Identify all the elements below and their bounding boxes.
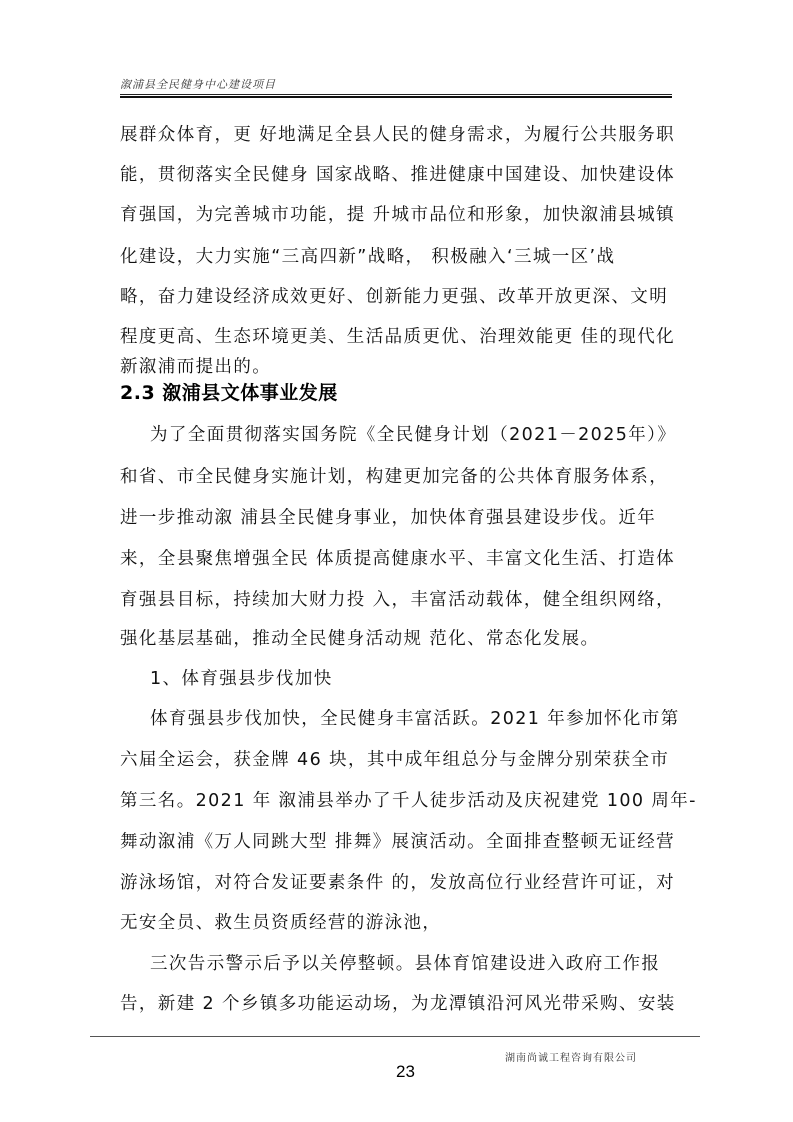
text-line: 游泳场馆，对符合发证要素条件 的，发放高位行业经营许可证，对	[120, 872, 675, 894]
text-line: 和省、市全民健身实施计划，构建更加完备的公共体育服务体系，	[120, 466, 675, 488]
text-line: 告，新建 2 个乡镇多功能运动场，为龙潭镇沿河风光带采购、安装	[120, 993, 675, 1015]
text-line: 化建设，大力实施“三高四新”战略， 积极融入‘三城一区’战	[120, 246, 675, 268]
header-rule	[120, 94, 672, 98]
text-line: 舞动溆浦《万人同跳大型 排舞》展演活动。全面排查整顿无证经营	[120, 831, 675, 853]
footer-rule	[90, 1036, 700, 1037]
text-line: 来，全县聚焦增强全民 体质提高健康水平、丰富文化生活、打造体	[120, 548, 675, 570]
text-line: 新溆浦而提出的。	[120, 356, 675, 378]
text-line: 育强国，为完善城市功能，提 升城市品位和形象，加快溆浦县城镇	[120, 204, 675, 226]
text-line: 进一步推动溆 浦县全民健身事业，加快体育强县建设步伐。近年	[120, 507, 675, 529]
section-heading: 2.3 溆浦县文体事业发展	[120, 378, 338, 405]
text-line: 略，奋力建设经济成效更好、创新能力更强、改革开放更深、文明	[120, 286, 675, 308]
text-line: 体育强县步伐加快，全民健身丰富活跃。2021 年参加怀化市第	[150, 708, 705, 730]
page-number: 23	[396, 1062, 415, 1082]
text-line: 育强县目标，持续加大财力投 入，丰富活动载体，健全组织网络，	[120, 589, 675, 611]
footer-company: 湖南尚诚工程咨询有限公司	[505, 1049, 637, 1064]
running-header-title: 溆浦县全民健身中心建设项目	[120, 76, 276, 92]
subheading: 1、体育强县步伐加快	[150, 668, 705, 690]
text-line: 强化基层基础，推动全民健身活动规 范化、常态化发展。	[120, 628, 675, 650]
text-line: 为了全面贯彻落实国务院《全民健身计划（2021－2025年）》	[150, 424, 705, 446]
text-line: 六届全运会，获金牌 46 块，其中成年组总分与金牌分别荣获全市	[120, 749, 675, 771]
text-line: 能，贯彻落实全民健身 国家战略、推进健康中国建设、加快建设体	[120, 164, 675, 186]
text-line: 无安全员、救生员资质经营的游泳池，	[120, 912, 675, 934]
text-line: 三次告示警示后予以关停整顿。县体育馆建设进入政府工作报	[150, 953, 705, 975]
text-line: 第三名。2021 年 溆浦县举办了千人徒步活动及庆祝建党 100 周年-	[120, 790, 675, 812]
text-line: 程度更高、生态环境更美、生活品质更优、治理效能更 佳的现代化	[120, 326, 675, 348]
text-line: 展群众体育，更 好地满足全县人民的健身需求，为履行公共服务职	[120, 124, 675, 146]
